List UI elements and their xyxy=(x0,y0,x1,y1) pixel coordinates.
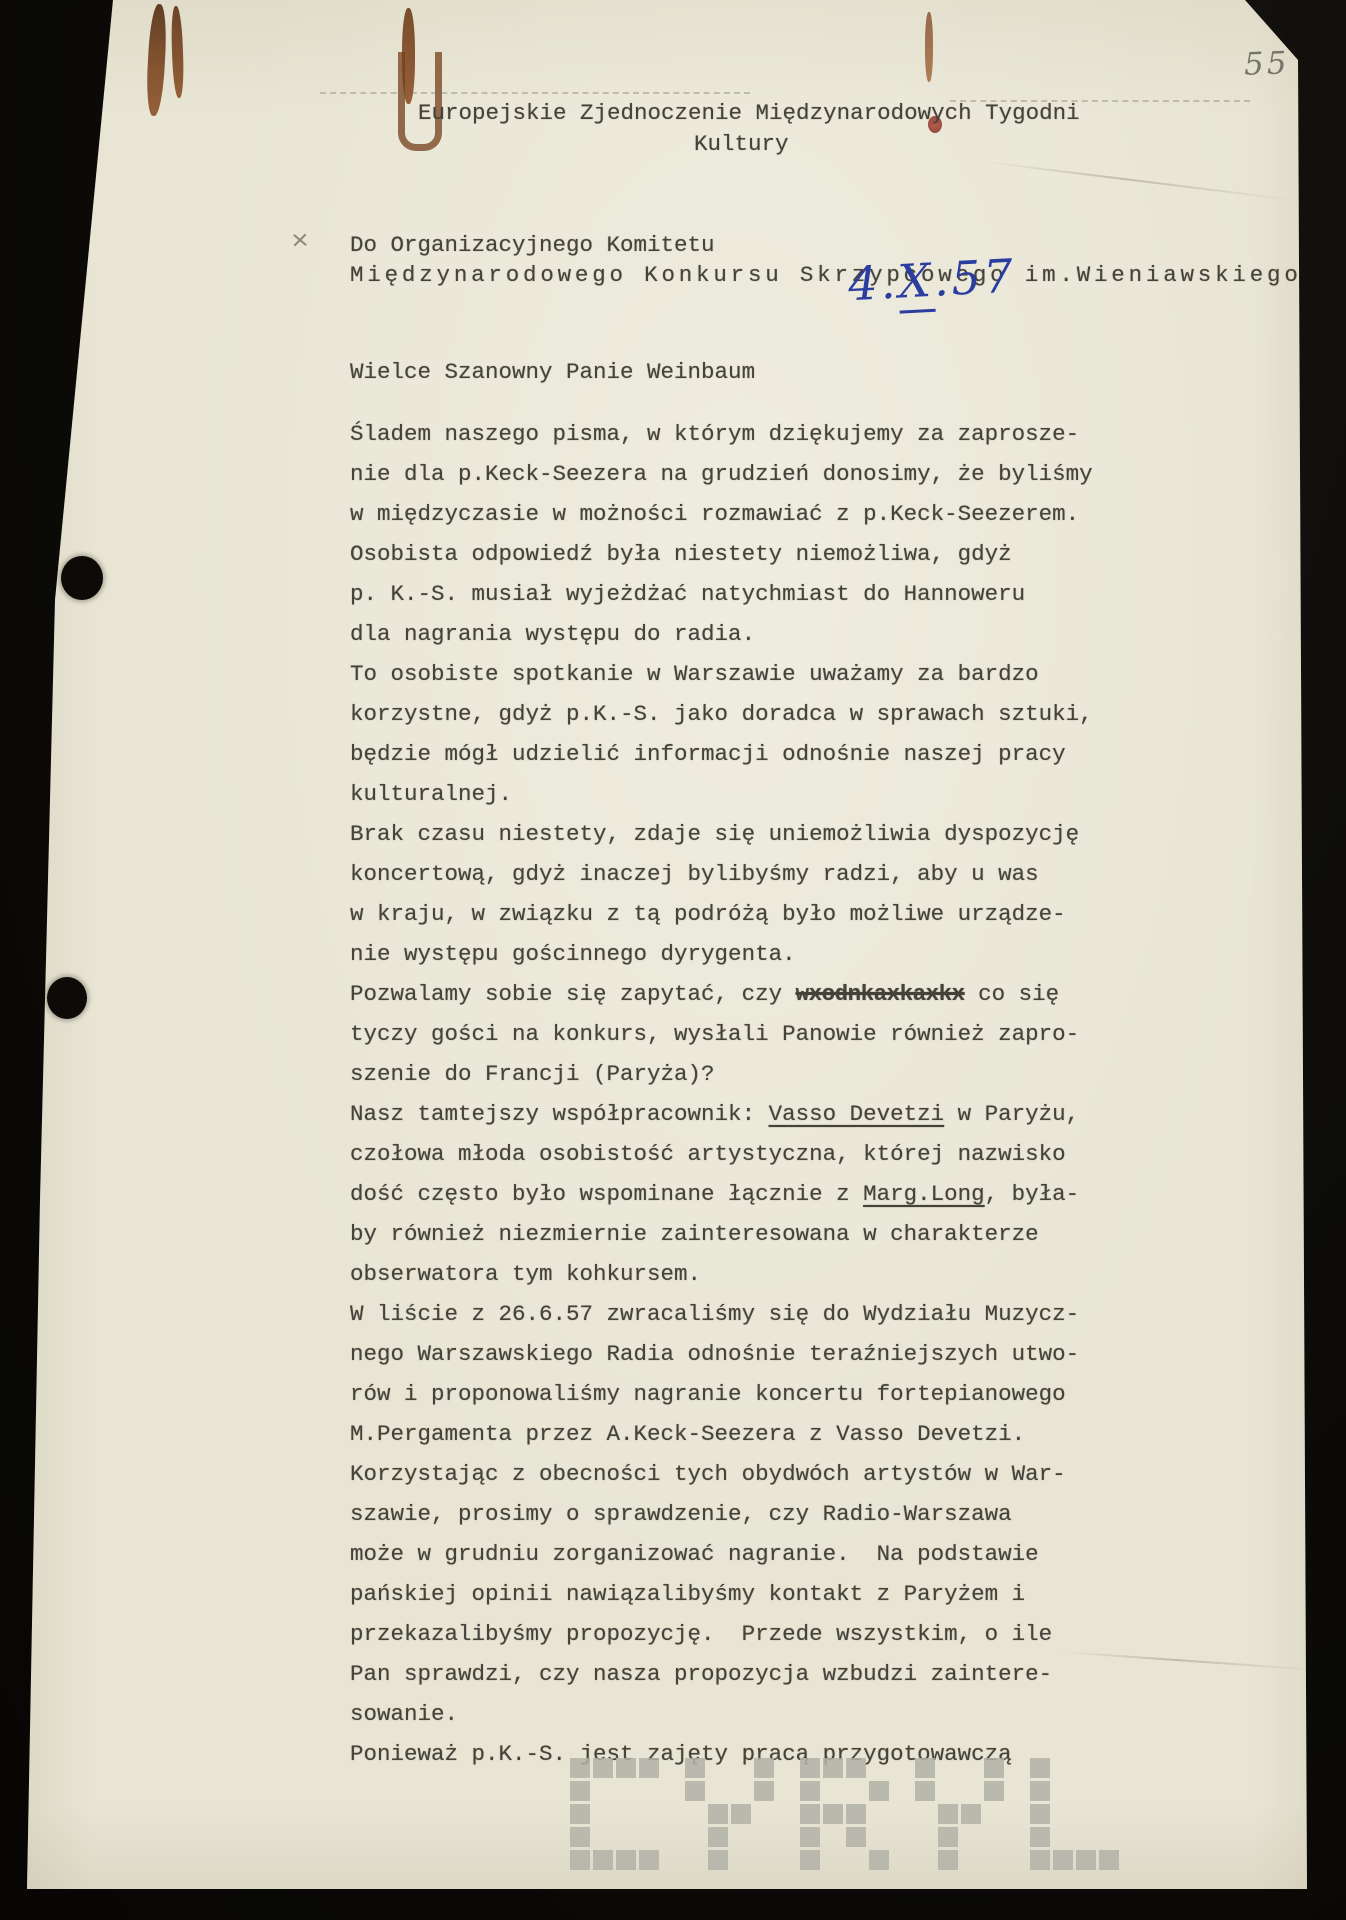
watermark-pixel xyxy=(823,1758,843,1778)
watermark-pixel xyxy=(593,1758,613,1778)
watermark-pixel xyxy=(1030,1850,1050,1870)
watermark-pixel xyxy=(1030,1827,1050,1847)
handwritten-date-year: .57 xyxy=(932,248,1017,306)
typed-line-6: dla nagrania występu do radia. xyxy=(350,614,1093,654)
watermark-pixel xyxy=(570,1758,590,1778)
red-pen-dot-left-edge xyxy=(44,146,51,157)
watermark-pixel xyxy=(800,1804,820,1824)
punch-hole-upper xyxy=(61,556,103,600)
typed-line-2: nie dla p.Keck-Seezera na grudzień donos… xyxy=(350,454,1093,494)
watermark-pixel xyxy=(754,1781,774,1801)
typed-line-1: Śladem naszego pisma, w którym dziękujem… xyxy=(350,414,1093,454)
typed-line-15: Pozwalamy sobie się zapytać, czy wxodnka… xyxy=(350,974,1093,1014)
typed-line-25: rów i proponowaliśmy nagranie koncertu f… xyxy=(350,1374,1093,1414)
typed-line-11: Brak czasu niestety, zdaje się uniemożli… xyxy=(350,814,1093,854)
scan-background: 55 Europejskie Zjednoczenie Międzynarodo… xyxy=(0,0,1346,1920)
watermark-pixel xyxy=(800,1758,820,1778)
watermark-pixel xyxy=(708,1804,728,1824)
watermark-pixel xyxy=(593,1850,613,1870)
watermark-pixel xyxy=(800,1827,820,1847)
salutation: Wielce Szanowny Panie Weinbaum xyxy=(350,352,755,392)
typed-line-21: by również niezmiernie zainteresowana w … xyxy=(350,1214,1093,1254)
typed-line-4: Osobista odpowiedź była niestety niemożl… xyxy=(350,534,1093,574)
typed-line-18: Nasz tamtejszy współpracownik: Vasso Dev… xyxy=(350,1094,1093,1134)
watermark-pixel xyxy=(961,1804,981,1824)
typed-line-13: w kraju, w związku z tą podróżą było moż… xyxy=(350,894,1093,934)
faint-pencil-dashes-top-left xyxy=(320,92,750,94)
watermark-pixel xyxy=(708,1850,728,1870)
watermark-pixel xyxy=(570,1804,590,1824)
watermark-pixel xyxy=(938,1804,958,1824)
handwritten-date: 4.X.57 xyxy=(847,247,1050,311)
typed-line-5: p. K.-S. musiał wyjeżdżać natychmiast do… xyxy=(350,574,1093,614)
watermark-pixel xyxy=(1076,1850,1096,1870)
struck-out-text: wxodnkaxkaxkx xyxy=(796,981,965,1007)
typed-line-22: obserwatora tym kohkursem. xyxy=(350,1254,1093,1294)
typed-line-23: W liście z 26.6.57 zwracaliśmy się do Wy… xyxy=(350,1294,1093,1334)
typed-line-7: To osobiste spotkanie w Warszawie uważam… xyxy=(350,654,1093,694)
recipient-line-1: Do Organizacyjnego Komitetu xyxy=(350,230,1302,260)
handwritten-date-day: 4. xyxy=(847,255,900,312)
watermark-pixel xyxy=(984,1758,1004,1778)
salutation-line: Wielce Szanowny Panie Weinbaum xyxy=(350,352,755,392)
typed-line-8: korzystne, gdyż p.K.-S. jako doradca w s… xyxy=(350,694,1093,734)
page-number: 55 xyxy=(1243,45,1290,83)
typed-line-19: czołowa młoda osobistość artystyczna, kt… xyxy=(350,1134,1093,1174)
letter-body: Śladem naszego pisma, w którym dziękujem… xyxy=(350,414,1093,1774)
typed-line-26: M.Pergamenta przez A.Keck-Seezera z Vass… xyxy=(350,1414,1093,1454)
typed-line-27: Korzystając z obecności tych obydwóch ar… xyxy=(350,1454,1093,1494)
typed-line-32: Pan sprawdzi, czy nasza propozycja wzbud… xyxy=(350,1654,1093,1694)
document-page: 55 Europejskie Zjednoczenie Międzynarodo… xyxy=(0,0,1346,1920)
typed-line-31: przekazalibyśmy propozycję. Przede wszys… xyxy=(350,1614,1093,1654)
watermark-pixel xyxy=(915,1758,935,1778)
watermark-pixel xyxy=(1030,1804,1050,1824)
typed-line-20: dość często było wspominane łącznie z Ma… xyxy=(350,1174,1093,1214)
watermark-pixel xyxy=(685,1758,705,1778)
watermark-pixel xyxy=(639,1850,659,1870)
watermark-pixel xyxy=(846,1758,866,1778)
watermark-pixel xyxy=(1030,1781,1050,1801)
watermark-pixel xyxy=(1030,1758,1050,1778)
rust-stain-top-left-1 xyxy=(145,4,168,117)
typed-line-17: szenie do Francji (Paryża)? xyxy=(350,1054,1093,1094)
typed-line-9: będzie mógł udzielić informacji odnośnie… xyxy=(350,734,1093,774)
underlined-text: Vasso Devetzi xyxy=(769,1101,945,1127)
typed-line-34: Ponieważ p.K.-S. jest zajęty pracą przyg… xyxy=(350,1734,1093,1774)
watermark-pixel xyxy=(685,1781,705,1801)
watermark-pixel xyxy=(731,1804,751,1824)
recipient-block: Do Organizacyjnego Komitetu Międzynarodo… xyxy=(350,230,1302,290)
watermark-pixel xyxy=(616,1758,636,1778)
handwritten-date-month: X xyxy=(897,253,936,314)
watermark-pixel xyxy=(570,1781,590,1801)
watermark-pixel xyxy=(754,1758,774,1778)
watermark-pixel xyxy=(708,1827,728,1847)
watermark-pixel xyxy=(570,1827,590,1847)
paper-crease-top-right xyxy=(981,161,1299,202)
watermark-pixel xyxy=(869,1781,889,1801)
watermark-pixel xyxy=(823,1804,843,1824)
watermark-pixel xyxy=(869,1850,889,1870)
rust-stain-top-left-2 xyxy=(170,6,184,98)
typed-line-29: może w grudniu zorganizować nagranie. Na… xyxy=(350,1534,1093,1574)
watermark-pixel xyxy=(616,1850,636,1870)
typed-line-24: nego Warszawskiego Radia odnośnie teraźn… xyxy=(350,1334,1093,1374)
letterhead-line-2: Kultury xyxy=(694,129,1080,160)
typed-line-16: tyczy gości na konkurs, wysłali Panowie … xyxy=(350,1014,1093,1054)
watermark-pixel xyxy=(800,1850,820,1870)
typed-line-12: koncertową, gdyż inaczej bylibyśmy radzi… xyxy=(350,854,1093,894)
rust-stain-top-right xyxy=(925,12,933,82)
watermark-pixel xyxy=(1053,1850,1073,1870)
letterhead: Europejskie Zjednoczenie Międzynarodowyc… xyxy=(418,98,1080,160)
typed-line-3: w międzyczasie w możności rozmawiać z p.… xyxy=(350,494,1093,534)
paper-crease-bottom-right xyxy=(1060,1651,1320,1671)
watermark-pixel xyxy=(1099,1850,1119,1870)
watermark-pixel xyxy=(800,1781,820,1801)
typed-line-28: szawie, prosimy o sprawdzenie, czy Radio… xyxy=(350,1494,1093,1534)
watermark-pixel xyxy=(938,1827,958,1847)
red-pen-mark-left-edge xyxy=(35,90,50,136)
watermark-pixel xyxy=(639,1758,659,1778)
watermark-pixel xyxy=(938,1850,958,1870)
letterhead-line-1: Europejskie Zjednoczenie Międzynarodowyc… xyxy=(418,98,1080,129)
watermark-pixel xyxy=(570,1850,590,1870)
recipient-line-2: Międzynarodowego Konkursu Skrzypcowego i… xyxy=(350,260,1302,290)
typed-line-30: pańskiej opinii nawiązalibyśmy kontakt z… xyxy=(350,1574,1093,1614)
watermark-pixel xyxy=(846,1804,866,1824)
watermark-pixel xyxy=(984,1781,1004,1801)
typed-line-33: sowanie. xyxy=(350,1694,1093,1734)
pencil-x-mark xyxy=(292,232,308,248)
punch-hole-lower xyxy=(47,977,87,1019)
watermark-pixel xyxy=(915,1781,935,1801)
typed-line-10: kulturalnej. xyxy=(350,774,1093,814)
watermark-pixel xyxy=(846,1827,866,1847)
typed-line-14: nie występu gościnnego dyrygenta. xyxy=(350,934,1093,974)
underlined-text: Marg.Long xyxy=(863,1181,985,1207)
